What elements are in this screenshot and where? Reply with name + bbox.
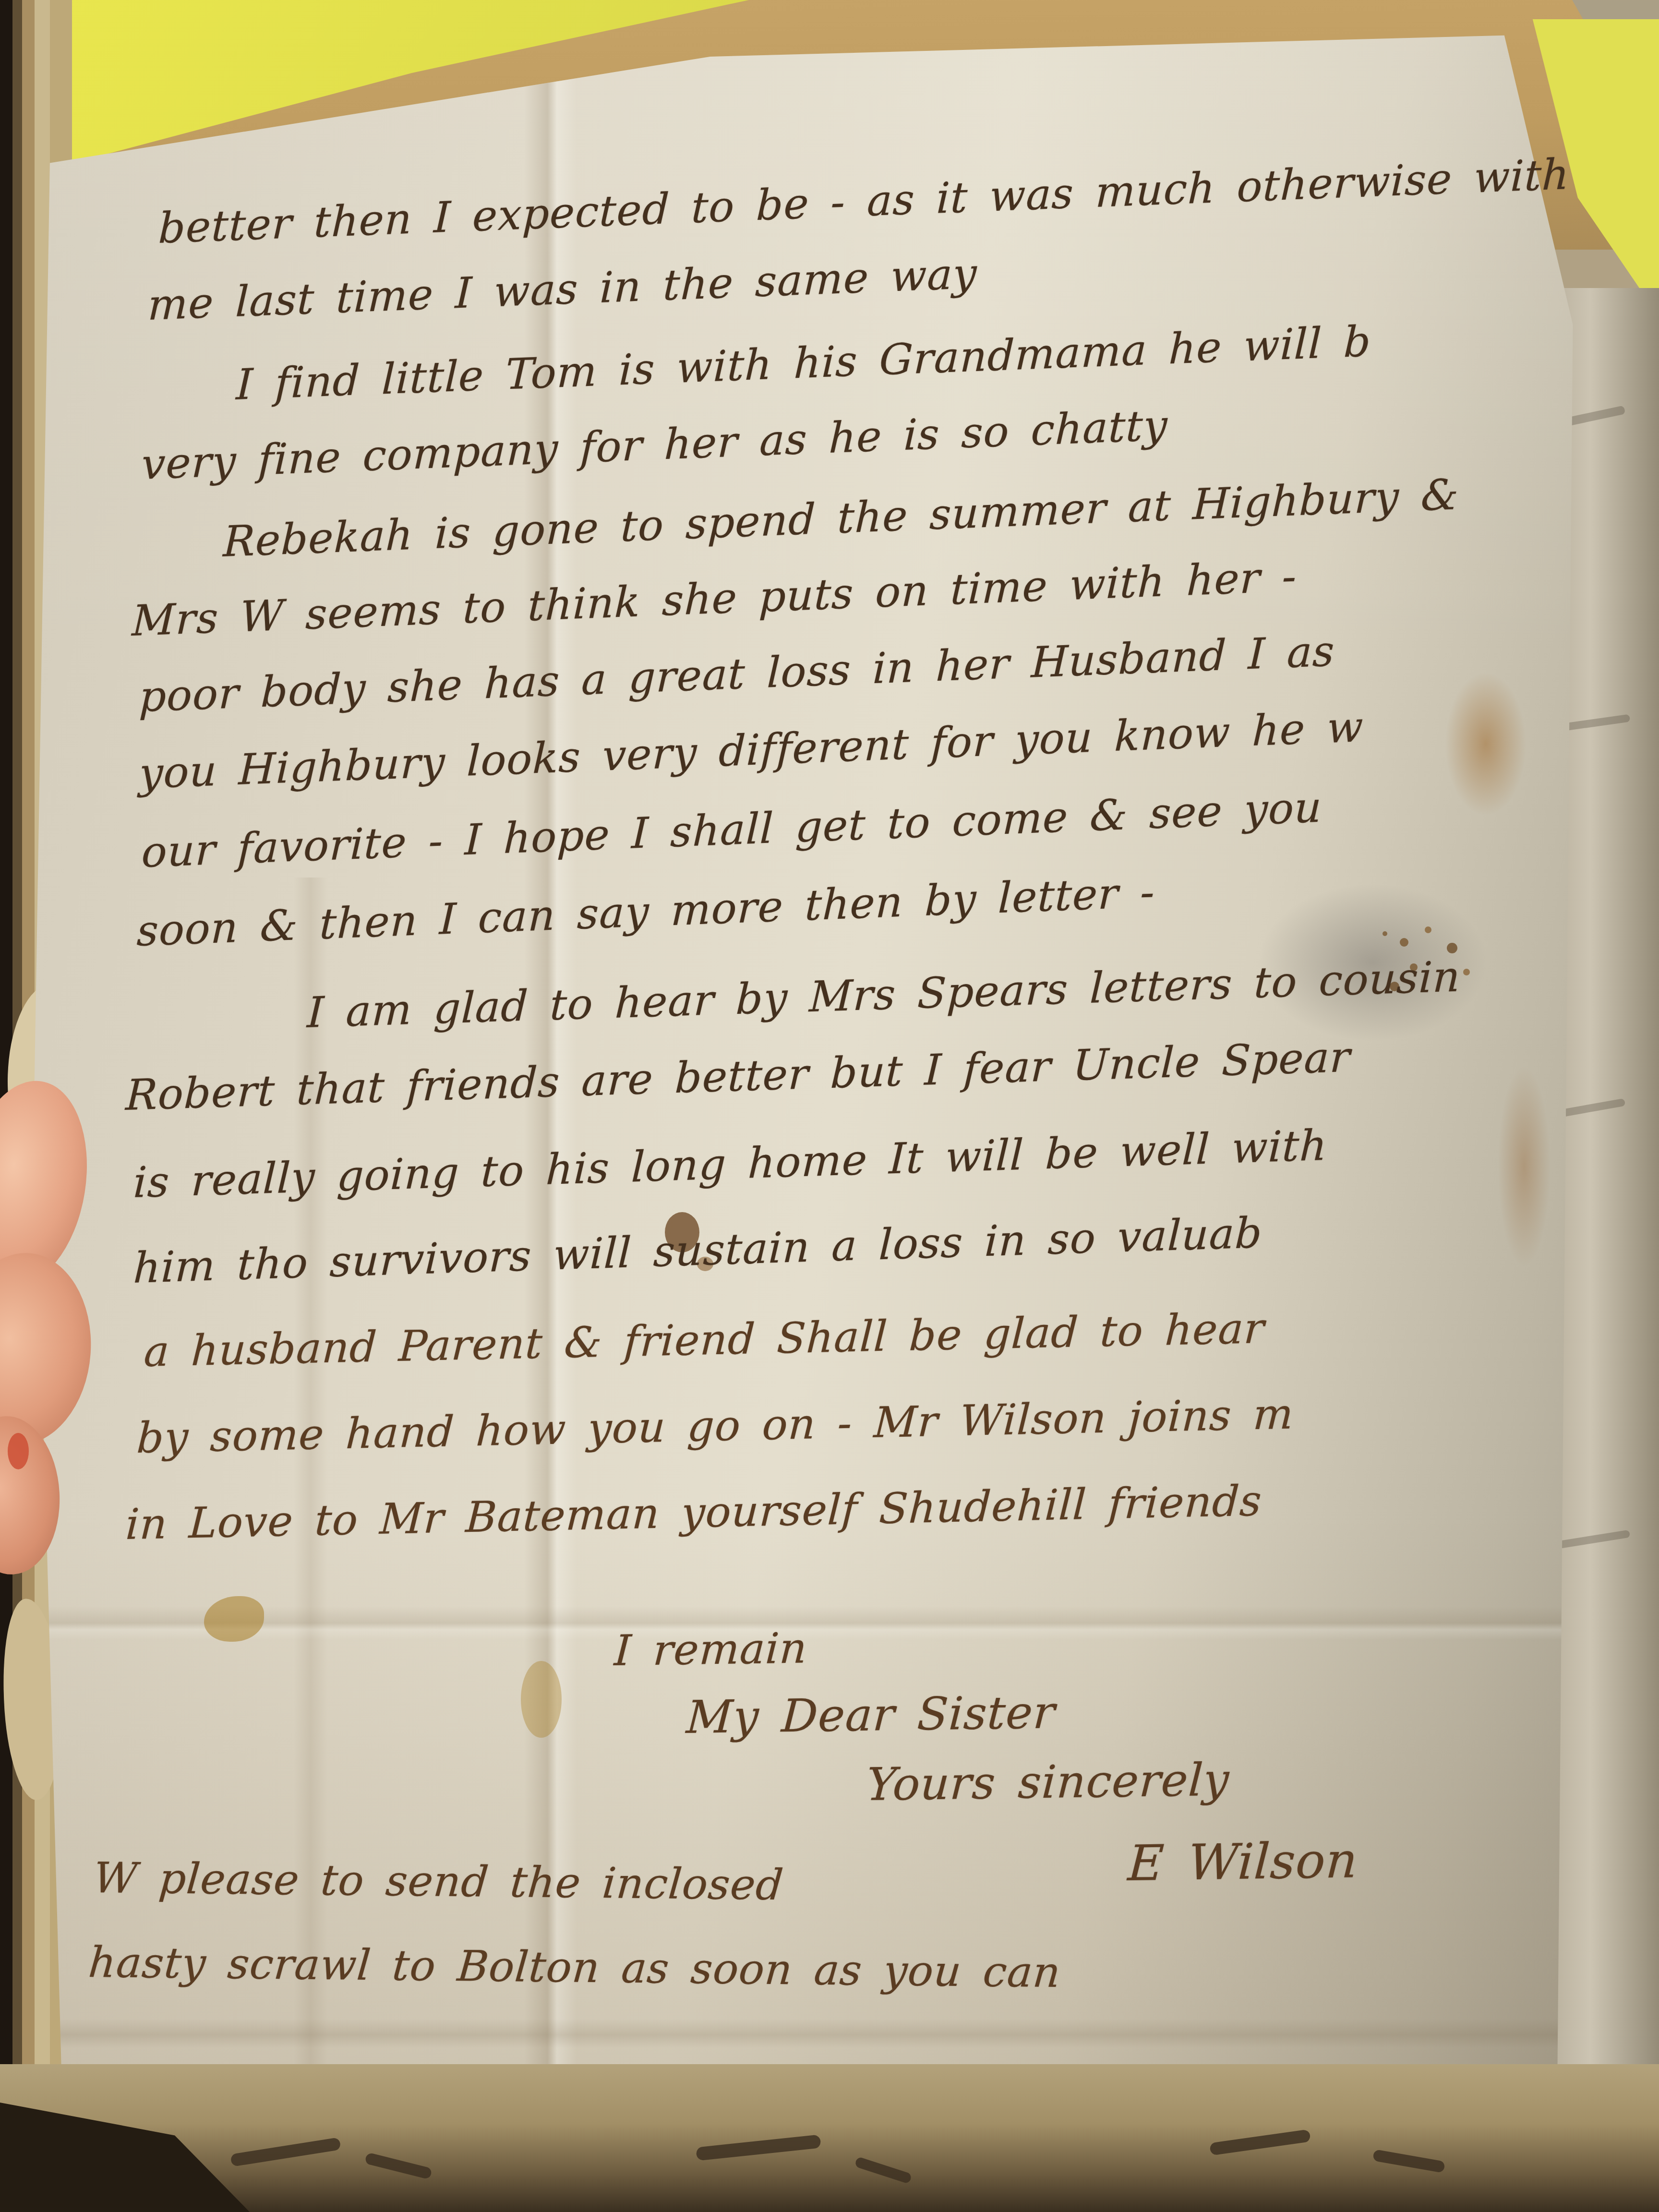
ink-scribble xyxy=(696,2134,821,2161)
letter-line: me last time I was in the same way xyxy=(147,252,978,327)
letter-line: by some hand how you go on - Mr Wilson j… xyxy=(136,1393,1295,1459)
ink-scribble xyxy=(364,2152,433,2179)
ink-scribble xyxy=(1209,2129,1311,2156)
closing-valediction: Yours sincerely xyxy=(865,1757,1230,1808)
letter-line: Mrs W seems to think she puts on time wi… xyxy=(132,555,1298,642)
letter-line: our favorite - I hope I shall get to com… xyxy=(141,786,1323,874)
postscript-line: W please to send the inclosed xyxy=(92,1857,785,1906)
closing-salutation: My Dear Sister xyxy=(685,1690,1056,1741)
letter-line: better then I expected to be - as it was… xyxy=(158,153,1570,250)
photo-of-handwritten-letter: better then I expected to be - as it was… xyxy=(0,0,1659,2212)
letter-line: him tho survivors will sustain a loss in… xyxy=(132,1212,1263,1289)
letter-line: Robert that friends are better but I fea… xyxy=(125,1036,1351,1117)
ink-scribble xyxy=(230,2137,341,2167)
letter-line: poor body she has a great loss in her Hu… xyxy=(139,630,1335,718)
letter-line: very fine company for her as he is so ch… xyxy=(141,404,1168,486)
letter-line: I find little Tom is with his Grandmama … xyxy=(236,320,1372,406)
page-stack-bottom-edge xyxy=(0,2064,1659,2212)
postscript-line: hasty scrawl to Bolton as soon as you ca… xyxy=(87,1941,1062,1994)
letter-line: is really going to his long home It will… xyxy=(132,1124,1328,1204)
letter-text-layer: better then I expected to be - as it was… xyxy=(0,0,1659,2212)
letter-line: I am glad to hear by Mrs Spears letters … xyxy=(306,955,1461,1034)
letter-line: soon & then I can say more then by lette… xyxy=(136,871,1156,952)
letter-line: in Love to Mr Bateman yourself Shudehill… xyxy=(125,1479,1263,1546)
ink-scribble xyxy=(854,2156,913,2184)
ink-scribble xyxy=(1372,2149,1445,2173)
red-smudge xyxy=(8,1433,29,1469)
letter-line: Rebekah is gone to spend the summer at H… xyxy=(223,473,1460,563)
letter-line: a husband Parent & friend Shall be glad … xyxy=(143,1307,1265,1373)
signature: E Wilson xyxy=(1127,1836,1359,1888)
closing-line: I remain xyxy=(613,1627,808,1672)
letter-line: you Highbury looks very different for yo… xyxy=(139,706,1364,795)
